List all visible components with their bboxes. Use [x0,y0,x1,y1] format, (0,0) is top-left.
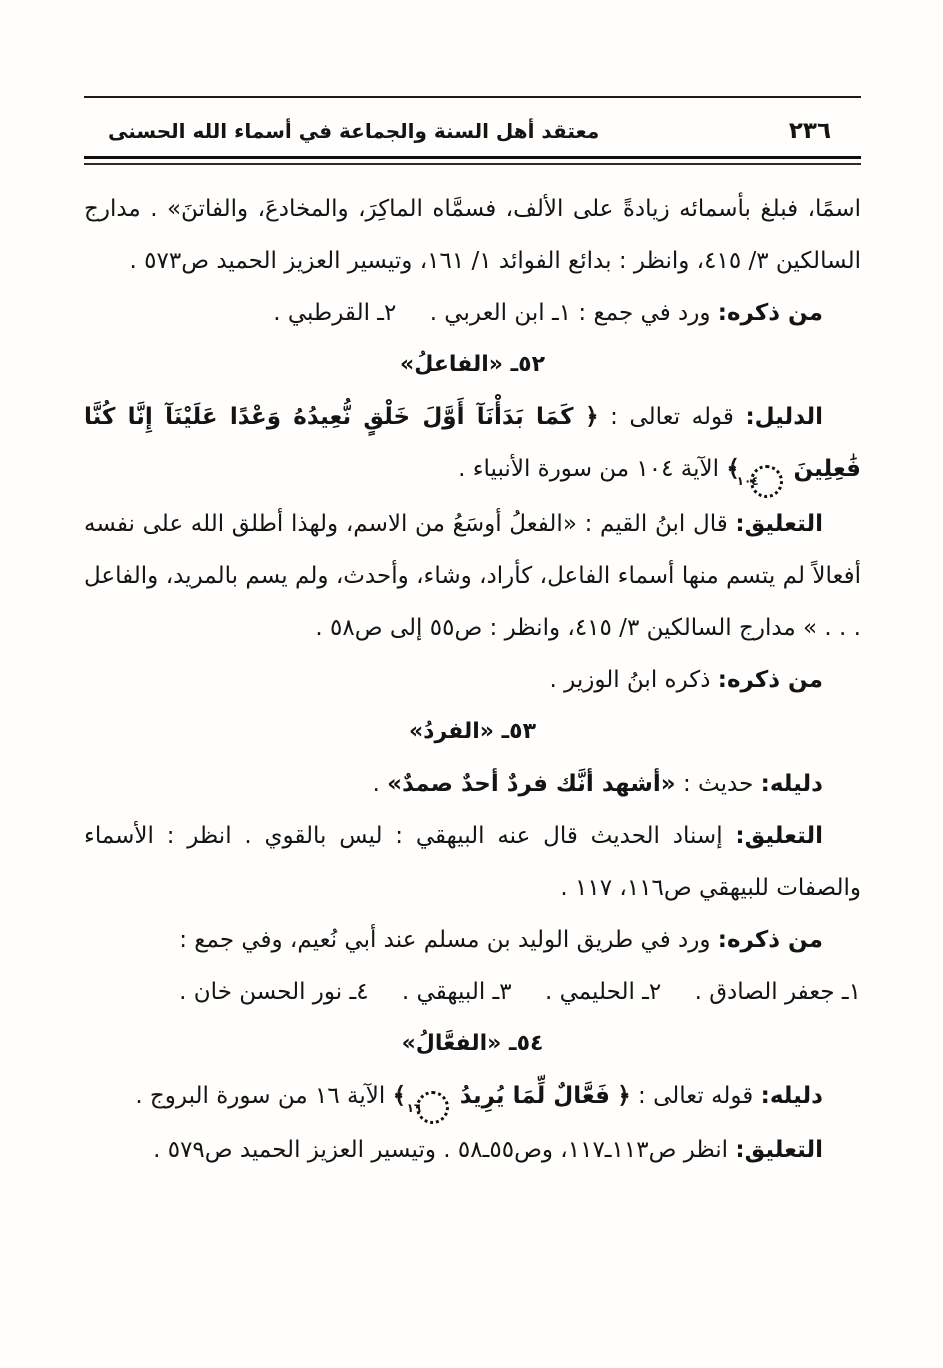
comment-label: التعليق: [735,1137,823,1163]
evidence-tail: الآية ١٠٤ من سورة الأنبياء . [458,456,719,482]
paragraph-comment-54: التعليق: انظر ص١١٣ـ١١٧، وص٥٥ـ٥٨ . وتيسير… [84,1124,861,1176]
evidence-lead: قوله تعالى : [610,404,734,430]
top-rule [84,96,861,98]
evidence-lead: قوله تعالى : [638,1083,753,1109]
mention-item-2: ٢ـ الحليمي . [545,979,661,1005]
mention-item-4: ٤ـ نور الحسن خان . [179,979,368,1005]
mention-label: من ذكره: [718,300,823,326]
mention-label: من ذكره: [718,667,823,693]
paragraph-comment-52: التعليق: قال ابنُ القيم : «الفعلُ أوسَعُ… [84,498,861,654]
mention-item-1: ١ـ ابن العربي . [430,300,571,326]
mention-item-1: ١ـ جعفر الصادق . [695,979,861,1005]
paragraph-evidence-52: الدليل: قوله تعالى : ﴿ كَمَا بَدَأْنَآ أ… [84,391,861,498]
ayah-number-medallion: ١٦ [416,1091,449,1124]
paragraph-evidence-53: دليله: حديث : «أشهد أنَّك فردٌ أحدٌ صمدٌ… [84,758,861,810]
comment-label: التعليق: [735,511,823,537]
mention-item-2: ٢ـ القرطبي . [273,300,396,326]
evidence-label: دليله: [761,771,823,797]
hadith-text: «أشهد أنَّك فردٌ أحدٌ صمدٌ» [387,771,676,797]
quran-open-bracket: ﴿ [585,404,598,430]
quran-verse-text: فَعَّالٌ لِّمَا يُرِيدُ [460,1083,610,1109]
mention-text: ذكره ابنُ الوزير . [550,667,711,693]
running-title: معتقد أهل السنة والجماعة في أسماء الله ا… [108,119,599,143]
section-heading-52: ٥٢ـ «الفاعلُ» [84,339,861,391]
evidence-label: الدليل: [745,404,823,430]
paragraph-mention-intro: من ذكره: ورد في جمع : ١ـ ابن العربي . ٢ـ… [84,287,861,339]
paragraph-mention-53: من ذكره: ورد في طريق الوليد بن مسلم عند … [84,914,861,1018]
mention-lead: ورد في جمع : [578,300,710,326]
header-double-rule [84,156,861,165]
mention-label: من ذكره: [718,927,823,953]
evidence-lead: حديث : [683,771,753,797]
section-heading-54: ٥٤ـ «الفعَّالُ» [84,1018,861,1070]
evidence-tail: . [373,771,380,797]
paragraph-intro-continuation: اسمًا، فبلغ بأسمائه زيادةً على الألف، فس… [84,183,861,287]
paragraph-mention-52: من ذكره: ذكره ابنُ الوزير . [84,654,861,706]
mention-item-3: ٣ـ البيهقي . [402,979,512,1005]
paragraph-evidence-54: دليله: قوله تعالى : ﴿ فَعَّالٌ لِّمَا يُ… [84,1070,861,1125]
page-header: معتقد أهل السنة والجماعة في أسماء الله ا… [84,110,861,152]
mention-lead: ورد في طريق الوليد بن مسلم عند أبي نُعيم… [179,927,710,953]
comment-label: التعليق: [735,823,823,849]
evidence-tail: الآية ١٦ من سورة البروج . [135,1083,385,1109]
evidence-label: دليله: [761,1083,823,1109]
page-number: ٢٣٦ [789,118,831,144]
book-page: معتقد أهل السنة والجماعة في أسماء الله ا… [0,0,943,1368]
comment-text: انظر ص١١٣ـ١١٧، وص٥٥ـ٥٨ . وتيسير العزيز ا… [153,1137,728,1163]
section-heading-53: ٥٣ـ «الفردُ» [84,706,861,758]
paragraph-comment-53: التعليق: إسناد الحديث قال عنه البيهقي : … [84,810,861,914]
quran-close-bracket: ﴾ [393,1083,406,1109]
quran-open-bracket: ﴿ [617,1083,630,1109]
ayah-number-medallion: ١٠٤ [750,465,783,498]
page-body: اسمًا، فبلغ بأسمائه زيادةً على الألف، فس… [84,183,861,1176]
